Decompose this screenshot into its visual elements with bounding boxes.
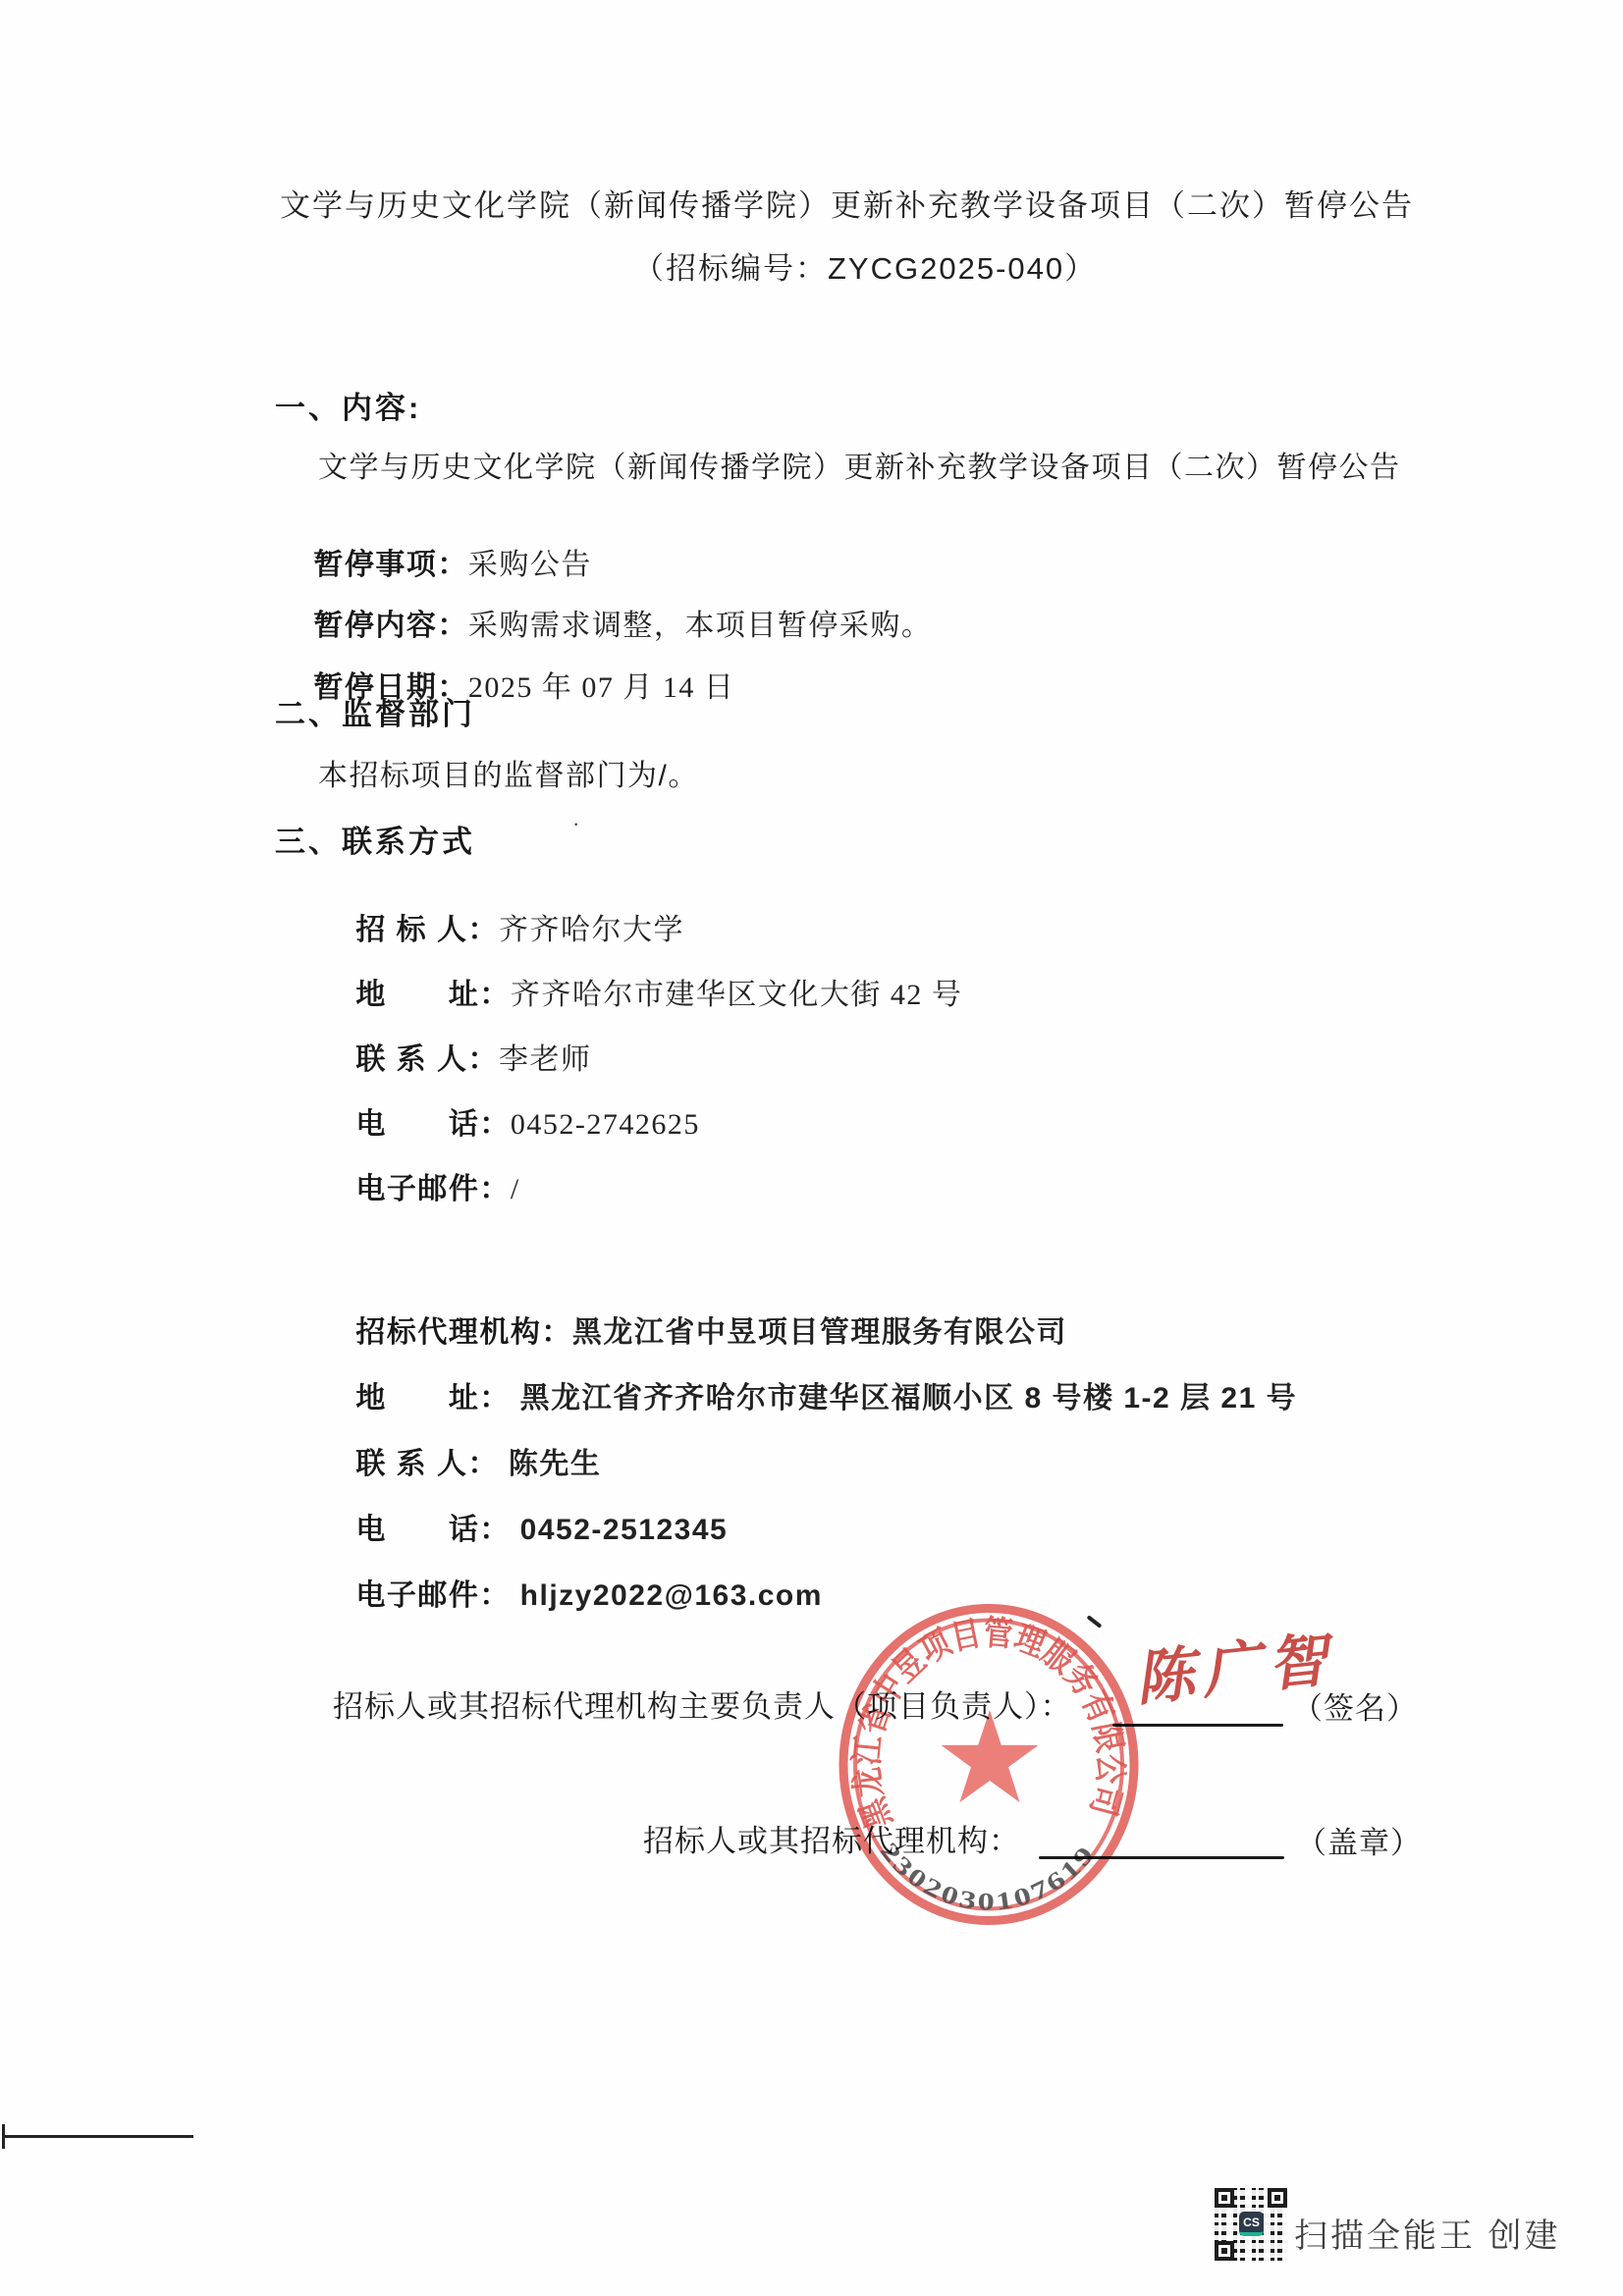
agency-contact-label: 联 系 人：	[355, 1448, 499, 1480]
qr-finder-bottom-left	[1215, 2241, 1234, 2261]
section-heading-content: 一、内容:	[275, 391, 421, 426]
scan-artifact-tick	[2, 2124, 5, 2149]
tenderer-name-label: 招 标 人：	[355, 914, 499, 946]
signature-row2-suffix: （盖章）	[1296, 1826, 1422, 1861]
agency-address-value: 黑龙江省齐齐哈尔市建华区福顺小区 8 号楼 1-2 层 21 号	[511, 1382, 1297, 1415]
pause-date-value: 2025 年 07 月 14 日	[468, 671, 735, 704]
supervision-paragraph: 本招标项目的监督部门为/。	[318, 760, 699, 794]
company-seal-stamp: 黑龙江省中昱项目管理服务有限公司 2302030107619	[839, 1604, 1139, 1925]
row-tenderer-email: 电子邮件：/	[317, 1139, 520, 1241]
agency-email-label: 电子邮件：	[355, 1579, 511, 1612]
scan-speck: ·	[572, 811, 579, 836]
agency-address-label: 地 址：	[355, 1382, 511, 1415]
agency-phone-label: 电 话：	[355, 1514, 511, 1546]
tenderer-phone-value: 0452-2742625	[511, 1108, 700, 1141]
agency-email-value: hljzy2022@163.com	[511, 1579, 823, 1612]
agency-contact-value: 陈先生	[499, 1448, 601, 1480]
qr-code: CS	[1215, 2188, 1287, 2261]
tenderer-address-label: 地 址：	[355, 979, 511, 1011]
content-intro-paragraph: 文学与历史文化学院（新闻传播学院）更新补充教学设备项目（二次）暂停公告	[318, 452, 1401, 486]
tenderer-email-value: /	[511, 1173, 520, 1205]
row-agency-email: 电子邮件： hljzy2022@163.com	[317, 1545, 823, 1647]
section-heading-contact: 三、联系方式	[275, 825, 475, 860]
scan-artifact-line	[3, 2135, 193, 2138]
tenderer-phone-label: 电 话：	[355, 1108, 511, 1141]
agency-name-label: 招标代理机构：	[355, 1316, 572, 1349]
qr-finder-top-left	[1215, 2188, 1234, 2208]
section-heading-supervision: 二、监督部门	[275, 697, 475, 732]
camscanner-watermark: 扫描全能王 创建	[1294, 2209, 1560, 2257]
agency-phone-value: 0452-2512345	[511, 1514, 728, 1546]
tender-number: （招标编号：ZYCG2025-040）	[633, 251, 1097, 287]
tenderer-contact-label: 联 系 人：	[355, 1043, 499, 1076]
qr-finder-top-right	[1268, 2188, 1287, 2208]
tenderer-name-value: 齐齐哈尔大学	[499, 914, 684, 946]
camscanner-logo-icon: CS	[1239, 2212, 1264, 2236]
scanned-document-page: 文学与历史文化学院（新闻传播学院）更新补充教学设备项目（二次）暂停公告 （招标编…	[0, 0, 1623, 2296]
tenderer-email-label: 电子邮件：	[355, 1173, 511, 1205]
stamp-number-text: 2302030107619	[875, 1838, 1102, 1915]
tenderer-contact-value: 李老师	[499, 1043, 592, 1076]
agency-name-value: 黑龙江省中昱项目管理服务有限公司	[572, 1316, 1067, 1349]
document-title: 文学与历史文化学院（新闻传播学院）更新补充教学设备项目（二次）暂停公告	[280, 188, 1414, 224]
stamp-star-icon	[942, 1710, 1039, 1802]
tenderer-address-value: 齐齐哈尔市建华区文化大街 42 号	[511, 979, 963, 1011]
